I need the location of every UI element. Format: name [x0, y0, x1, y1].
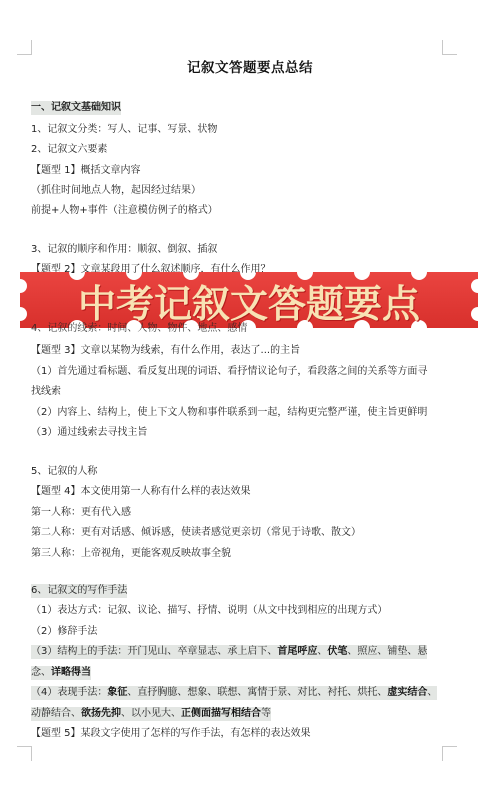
structure-techniques-line-cont: 念、详略得当: [31, 666, 91, 680]
text-line: （1）首先通过看标题、看反复出现的词语、看抒情议论句子，看段落之间的关系等方面寻: [31, 365, 427, 379]
page-corner-mark: [442, 40, 457, 55]
text-line: 前提+人物+事件（注意模仿例子的格式）: [31, 204, 218, 218]
page-corner-mark: [442, 746, 457, 761]
question-type-5: 【题型 5】某段文字使用了怎样的写作手法，有怎样的表达效果: [31, 727, 311, 741]
text-line: （抓住时间地点人物，起因经过结果）: [31, 184, 201, 198]
title-banner: 中考记叙文答题要点: [20, 272, 478, 328]
page-corner-mark: [17, 40, 32, 55]
expression-techniques-line-cont: 动静结合、欲扬先抑、以小见大、正侧面描写相结合等: [31, 707, 271, 721]
structure-techniques-line: （3）结构上的手法：开门见山、卒章显志、承上启下、首尾呼应、伏笔、照应、铺垫、悬: [31, 645, 427, 659]
text-line: （1）表达方式：记叙、议论、描写、抒情、说明（从文中找到相应的出现方式）: [31, 604, 387, 618]
question-type-3: 【题型 3】文章以某物为线索，有什么作用，表达了...的主旨: [31, 344, 300, 358]
text-line: 2、记叙文六要素: [31, 143, 107, 157]
text-line: 找线索: [31, 385, 61, 399]
text-line: 第一人称：更有代入感: [31, 506, 131, 520]
section-heading-basics: 一、记叙文基础知识: [31, 101, 121, 115]
text-line: 第三人称：上帝视角，更能客观反映故事全貌: [31, 547, 231, 561]
text-line: 5、记叙的人称: [31, 465, 97, 479]
document-title: 记叙文答题要点总结: [0, 56, 500, 76]
expression-techniques-line: （4）表现手法：象征、直抒胸臆、想象、联想、寓情于景、对比、衬托、烘托、虚实结合…: [31, 686, 437, 700]
text-line: （2）修辞手法: [31, 625, 97, 639]
text-line: （2）内容上、结构上，使上下文人物和事件联系到一起，结构更完整严谨，使主旨更鲜明: [31, 406, 427, 420]
question-type-4: 【题型 4】本文使用第一人称有什么样的表达效果: [31, 485, 251, 499]
text-line: 4、记叙的线索：时间、人物、物件、地点、感情: [31, 322, 247, 336]
text-line: 3、记叙的顺序和作用：顺叙、倒叙、插叙: [31, 243, 217, 257]
text-line: 第二人称：更有对话感、倾诉感，使读者感觉更亲切（常见于诗歌、散文）: [31, 526, 361, 540]
document-page: 记叙文答题要点总结 一、记叙文基础知识 1、记叙文分类：写人、记事、写景、状物 …: [0, 0, 500, 801]
section-heading-techniques: 6、记叙文的写作手法: [31, 584, 127, 598]
text-line: 1、记叙文分类：写人、记事、写景、状物: [31, 123, 217, 137]
question-type-1: 【题型 1】概括文章内容: [31, 164, 141, 178]
page-corner-mark: [17, 746, 32, 761]
banner-title: 中考记叙文答题要点: [20, 272, 478, 328]
text-line: （3）通过线索去寻找主旨: [31, 426, 147, 440]
